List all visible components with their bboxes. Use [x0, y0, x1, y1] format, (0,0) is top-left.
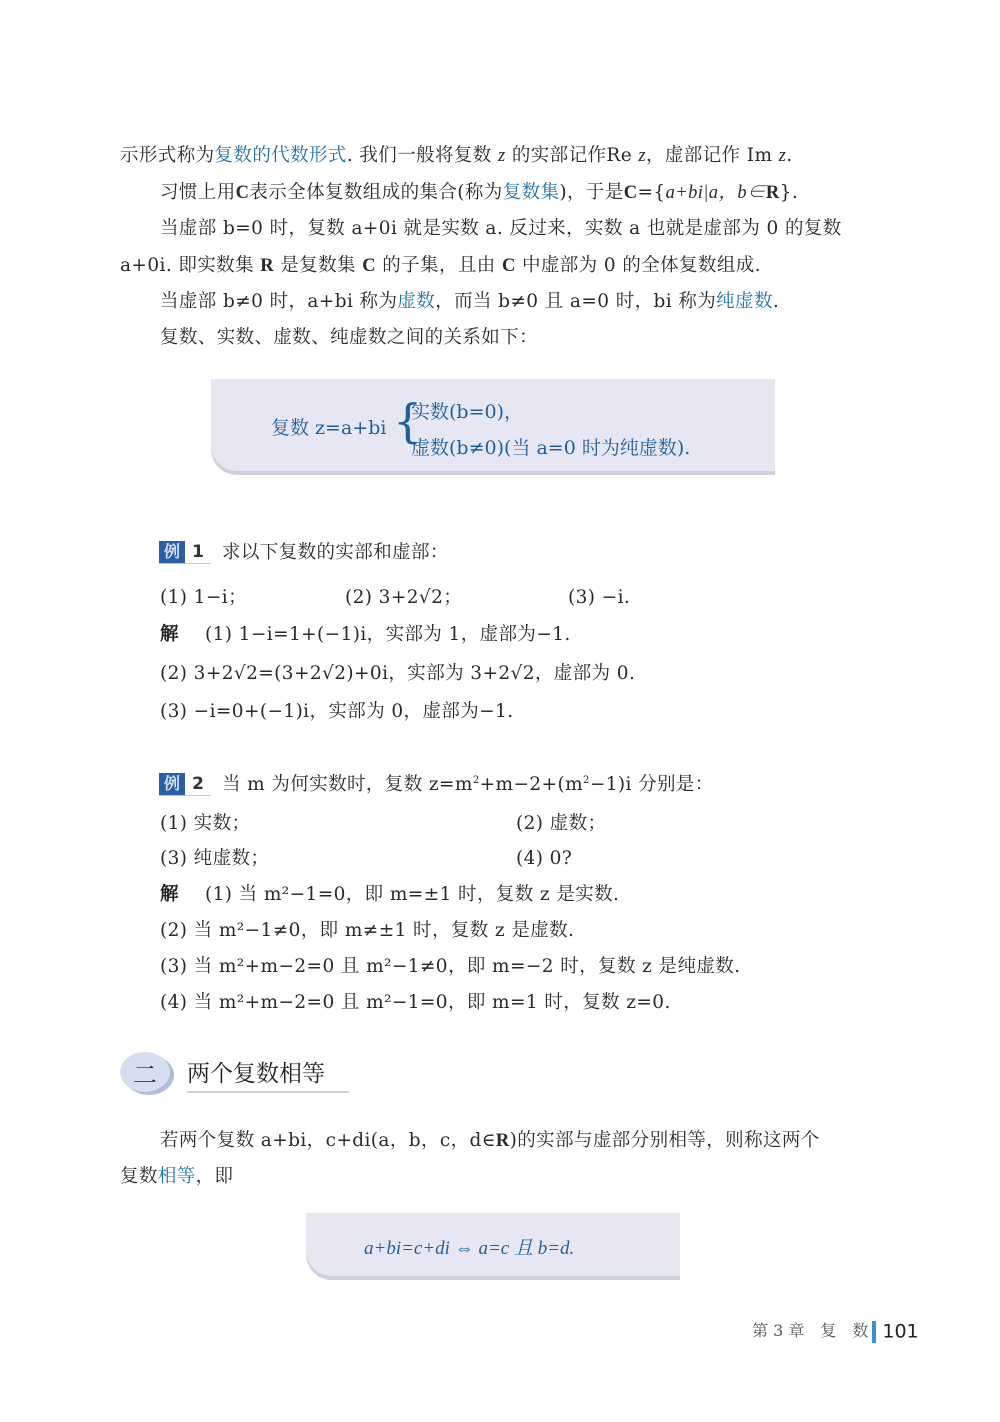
set-symbol: R	[766, 183, 780, 203]
paragraph-line: 习惯上用C表示全体复数组成的集合(称为复数集)，于是C={a+bi|a，b∈R}…	[160, 180, 798, 206]
formula-case-real: 实数(b=0)，	[411, 397, 523, 424]
text: 的实部记作Re	[506, 145, 639, 166]
text: 若两个复数 a+bi，c+di(a，b，c，d∈	[160, 1130, 496, 1151]
example-2-item: (1) 实数；	[160, 811, 250, 837]
example-2-badge: 例 2	[159, 773, 211, 796]
example-2-question: 当 m 为何实数时，复数 z=m2+m−2+(m2−1)i 分别是：	[222, 772, 714, 798]
text: .	[773, 291, 779, 312]
text: )，于是	[559, 182, 623, 203]
formula-case-imaginary: 虚数(b≠0)(当 a=0 时为纯虚数).	[411, 433, 690, 460]
set-symbol: C	[624, 183, 638, 203]
text: 复数	[120, 1166, 158, 1187]
text: 表示全体复数组成的集合(称为	[249, 182, 502, 203]
set-symbol: C	[236, 183, 250, 203]
text: ，即	[196, 1166, 234, 1187]
example-2-solution: (3) 当 m²+m−2=0 且 m²−1≠0，即 m=−2 时，复数 z 是纯…	[160, 954, 740, 980]
example-label: 例	[159, 773, 185, 795]
example-1-item: (1) 1−i；	[160, 585, 247, 611]
page-number: 101	[882, 1321, 918, 1343]
example-2-item: (3) 纯虚数；	[160, 846, 269, 872]
example-1-solution: (2) 3+2√2=(3+2√2)+0i，实部为 3+2√2，虚部为 0.	[160, 661, 635, 687]
term-imaginary: 虚数	[397, 291, 435, 312]
text: 是复数集	[274, 255, 362, 276]
example-number: 1	[185, 541, 211, 563]
paragraph-line: 复数、实数、虚数、纯虚数之间的关系如下：	[160, 325, 538, 351]
set-symbol: C	[362, 256, 376, 276]
paragraph-line: 当虚部 b≠0 时，a+bi 称为虚数，而当 b≠0 且 a=0 时，bi 称为…	[160, 289, 779, 315]
formula-box-equality: a+bi=c+di ⇔ a=c 且 b=d.	[306, 1213, 680, 1276]
solve-label: 解	[160, 622, 179, 648]
section-title: 两个复数相等	[187, 1055, 349, 1093]
text: . 我们一般将复数	[347, 145, 498, 166]
text: )的实部与虚部分别相等，则称这两个	[510, 1130, 820, 1151]
example-2-item: (4) 0?	[516, 846, 572, 872]
example-2-solution: (1) 当 m²−1=0，即 m=±1 时，复数 z 是实数.	[205, 882, 619, 908]
set-symbol: R	[260, 256, 274, 276]
example-1-item: (2) 3+2√2；	[345, 585, 462, 611]
formula-equality: a+bi=c+di ⇔ a=c 且 b=d.	[364, 1233, 574, 1260]
text: +m−2+(m	[480, 774, 583, 795]
superscript: 2	[473, 775, 480, 786]
example-2-item: (2) 虚数；	[516, 811, 606, 837]
solve-label: 解	[160, 882, 179, 908]
term-pure-imaginary: 纯虚数	[716, 291, 773, 312]
text: −1)i 分别是：	[590, 774, 714, 795]
expr: a+bi|a，b∈	[666, 183, 766, 203]
page-footer: 第 3 章 复 数101	[752, 1318, 919, 1343]
text: a+0i. 即实数集	[120, 255, 260, 276]
paragraph-line: 若两个复数 a+bi，c+di(a，b，c，d∈R)的实部与虚部分别相等，则称这…	[160, 1128, 820, 1154]
example-label: 例	[159, 541, 185, 563]
text: ，虚部记作 Im	[646, 145, 779, 166]
section-number-badge: 二	[120, 1052, 170, 1092]
text: 示形式称为	[120, 145, 215, 166]
formula-box-classification: 复数 z=a+bi { 实数(b=0)， 虚数(b≠0)(当 a=0 时为纯虚数…	[211, 379, 775, 471]
var: z	[638, 146, 646, 166]
text: }.	[780, 182, 798, 203]
chapter-label: 第 3 章 复 数	[752, 1321, 868, 1340]
superscript: 2	[583, 775, 590, 786]
text: 当 m 为何实数时，复数 z=m	[222, 774, 473, 795]
var: z	[498, 146, 506, 166]
text: 中虚部为 0 的全体复数组成.	[516, 255, 761, 276]
text: 习惯上用	[160, 182, 236, 203]
example-1-badge: 例 1	[159, 541, 211, 564]
example-number: 2	[185, 773, 211, 795]
paragraph-line: 当虚部 b=0 时，复数 a+0i 就是实数 a. 反过来，实数 a 也就是虚部…	[160, 216, 842, 242]
set-symbol: R	[496, 1131, 510, 1151]
text: 的子集，且由	[376, 255, 502, 276]
text: 当虚部 b≠0 时，a+bi 称为	[160, 291, 397, 312]
example-2-solution: (4) 当 m²+m−2=0 且 m²−1=0，即 m=1 时，复数 z=0.	[160, 990, 671, 1016]
paragraph-line: 复数相等，即	[120, 1164, 233, 1190]
paragraph-line: a+0i. 即实数集 R 是复数集 C 的子集，且由 C 中虚部为 0 的全体复…	[120, 253, 761, 279]
term-algebraic-form: 复数的代数形式	[215, 145, 347, 166]
example-1-solution: (3) −i=0+(−1)i，实部为 0，虚部为−1.	[160, 699, 514, 725]
term-complex-set: 复数集	[503, 182, 560, 203]
text: ，而当 b≠0 且 a=0 时，bi 称为	[435, 291, 716, 312]
example-1-question: 求以下复数的实部和虚部：	[222, 540, 449, 566]
footer-bar-divider	[872, 1321, 876, 1343]
example-1-solution: (1) 1−i=1+(−1)i，实部为 1，虚部为−1.	[205, 622, 571, 648]
paragraph-line: 示形式称为复数的代数形式. 我们一般将复数 z 的实部记作Re z，虚部记作 I…	[120, 143, 793, 169]
formula-lhs: 复数 z=a+bi	[271, 413, 386, 440]
set-symbol: C	[502, 256, 516, 276]
example-1-item: (3) −i.	[568, 585, 630, 611]
example-2-solution: (2) 当 m²−1≠0，即 m≠±1 时，复数 z 是虚数.	[160, 918, 574, 944]
text: .	[786, 145, 792, 166]
term-equal: 相等	[158, 1166, 196, 1187]
text: ={	[638, 182, 666, 203]
